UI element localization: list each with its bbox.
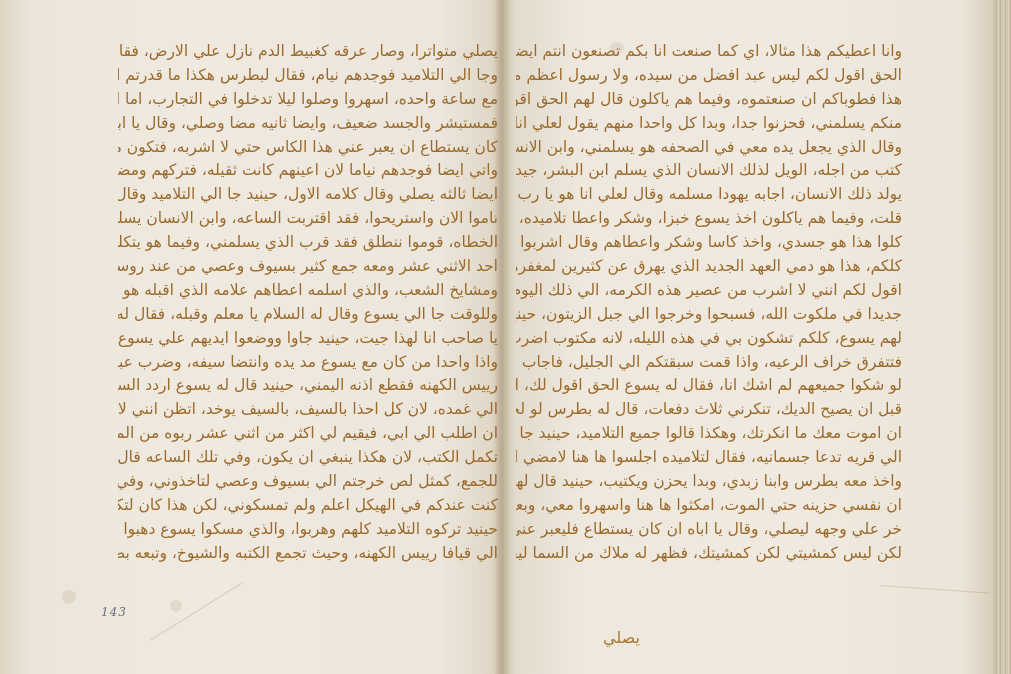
text-line: قلت، وفيما هم ياكلون اخذ يسوع خبزا، وشكر… xyxy=(516,207,902,231)
catchword: يصلي xyxy=(603,628,640,647)
text-line: الحق اقول لكم ليس عبد افضل من سيده، ولا … xyxy=(516,64,902,88)
text-line: اقول لكم انني لا اشرب من عصير هذه الكرمه… xyxy=(516,279,902,303)
text-line: ناموا الان واستريحوا، فقد اقتربت الساعه،… xyxy=(118,207,498,231)
folio-number: 143 xyxy=(101,605,127,619)
text-line: ومشايخ الشعب، والذي اسلمه اعطاهم علامه ا… xyxy=(118,279,498,303)
text-line: ان اموت معك ما انكرتك، وهكذا قالوا جميع … xyxy=(516,422,902,446)
text-line: يولد ذلك الانسان، اجابه يهودا مسلمه وقال… xyxy=(516,183,902,207)
text-line: وجا الي التلاميد فوجدهم نيام، فقال لبطرس… xyxy=(118,64,498,88)
text-line: كنت عندكم في الهيكل اعلم ولم تمسكوني، لك… xyxy=(118,494,498,518)
text-line: رييس الكهنه فقطع اذنه اليمني، حينيد قال … xyxy=(118,374,498,398)
text-line: تكمل الكتب، لان هكذا ينبغي ان يكون، وفي … xyxy=(118,446,498,470)
text-line: وانا اعطيكم هذا مثالا، اي كما صنعت انا ب… xyxy=(516,40,902,64)
page-edges xyxy=(997,0,1011,674)
text-line: ايضا ثالثه يصلي وقال كلامه الاول، حينيد … xyxy=(118,183,498,207)
text-line: جديدا في ملكوت الله، فسبحوا وخرجوا الي ج… xyxy=(516,303,902,327)
text-line: قبل ان يصيح الديك، تنكرني ثلاث دفعات، قا… xyxy=(516,398,902,422)
text-line: واذا واحدا من كان مع يسوع مد يده وانتضا … xyxy=(118,351,498,375)
text-line: ان اطلب الي ابي، فيقيم لي اكثر من اثني ع… xyxy=(118,422,498,446)
text-line: يصلي متواترا، وصار عرقه كغبيط الدم نازل … xyxy=(118,40,498,64)
text-line: يا صاحب انا لهذا جيت، حينيد جاوا ووضعوا … xyxy=(118,327,498,351)
text-line: هذا فطوباكم ان صنعتموه، وفيما هم ياكلون … xyxy=(516,88,902,112)
text-line: خر علي وجهه ليصلي، وقال يا اباه ان كان ي… xyxy=(516,518,902,542)
text-line: كان يستطاع ان يعبر عني هذا الكاس حتي لا … xyxy=(118,136,498,160)
text-line: منكم يسلمني، فحزنوا جدا، وبدا كل واحدا م… xyxy=(516,112,902,136)
text-line: فمستبشر والجسد ضعيف، وايضا ثانيه مضا وصل… xyxy=(118,112,498,136)
text-line: ان نفسي حزينه حتي الموت، امكثوا ها هنا و… xyxy=(516,494,902,518)
text-line: وقال الذي يجعل يده معي في الصحفه هو يسلم… xyxy=(516,136,902,160)
text-line: الي غمده، لان كل احذا بالسيف، بالسيف يوخ… xyxy=(118,398,498,422)
text-line: لكن ليس كمشيتي لكن كمشيتك، فظهر له ملاك … xyxy=(516,542,902,566)
text-line: الي قيافا رييس الكهنه، وحيث تجمع الكتبه … xyxy=(118,542,498,566)
text-line: مع ساعة واحده، اسهروا وصلوا ليلا تدخلوا … xyxy=(118,88,498,112)
text-line: فتتفرق خراف الرعيه، واذا قمت سبقتكم الي … xyxy=(516,351,902,375)
paper-stain xyxy=(170,600,182,612)
text-line: كتب من اجله، الويل لذلك الانسان الذي يسل… xyxy=(516,159,902,183)
paper-stain xyxy=(62,590,76,604)
text-line: لو شكوا جميعهم لم اشك انا، فقال له يسوع … xyxy=(516,374,902,398)
text-line: واتي ايضا فوجدهم نياما لان اعينهم كانت ث… xyxy=(118,159,498,183)
text-line: احد الاثني عشر ومعه جمع كثير بسيوف وعصي … xyxy=(118,255,498,279)
right-page-text: وانا اعطيكم هذا مثالا، اي كما صنعت انا ب… xyxy=(516,40,902,566)
text-line: الخطاه، قوموا ننطلق فقد قرب الذي يسلمني،… xyxy=(118,231,498,255)
text-line: لهم يسوع، كلكم تشكون بي في هذه الليله، ل… xyxy=(516,327,902,351)
text-line: وللوقت جا الي يسوع وقال له السلام يا معل… xyxy=(118,303,498,327)
text-line: للجمع، كمثل لص خرجتم الي بسيوف وعصي لتاخ… xyxy=(118,470,498,494)
text-line: كلكم، هذا هو دمي العهد الجديد الذي يهرق … xyxy=(516,255,902,279)
text-line: الي قريه تدعا جسمانيه، فقال لتلاميده اجل… xyxy=(516,446,902,470)
text-line: واخذ معه بطرس وابنا زبدي، وبدا يحزن ويكت… xyxy=(516,470,902,494)
left-page-text: يصلي متواترا، وصار عرقه كغبيط الدم نازل … xyxy=(118,40,498,566)
manuscript-spread: يصلي متواترا، وصار عرقه كغبيط الدم نازل … xyxy=(0,0,1011,674)
text-line: حينيد تركوه التلاميد كلهم وهربوا، والذي … xyxy=(118,518,498,542)
text-line: كلوا هذا هو جسدي، واخذ كاسا وشكر واعطاهم… xyxy=(516,231,902,255)
